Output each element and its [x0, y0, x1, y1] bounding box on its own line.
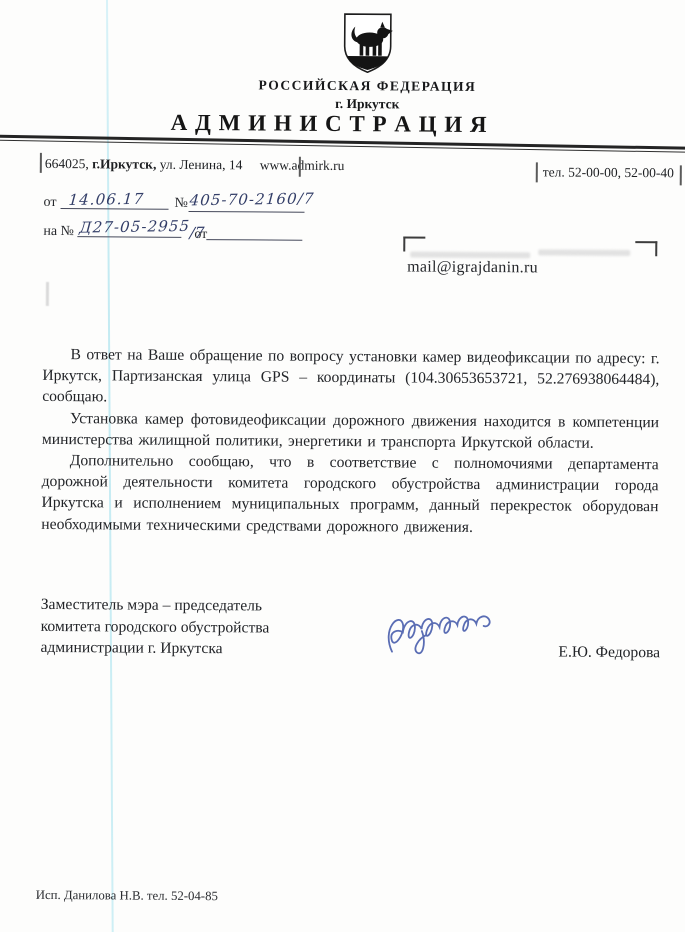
- reply-to-label: на №: [43, 224, 74, 240]
- handwritten-incoming-number: Д27-05-2955/7: [79, 217, 206, 237]
- recipient-corner-bracket-left: [403, 236, 425, 251]
- address-city: г.Иркутск,: [92, 156, 156, 171]
- phone-line: тел. 52-00-00, 52-00-40: [543, 164, 674, 181]
- address-zip: 664025,: [45, 156, 89, 171]
- website-text: www.admirk.ru: [260, 157, 345, 173]
- letter-body: В ответ на Ваше обращение по вопросу уст…: [41, 344, 659, 539]
- address-left-tick: [40, 153, 42, 173]
- reply-date-underline: [206, 238, 302, 241]
- paragraph: Установка камер фотовидеофиксации дорожн…: [42, 408, 659, 455]
- scan-margin-mark: [46, 282, 49, 306]
- letterhead-center: РОССИЙСКАЯ ФЕДЕРАЦИЯ г. Иркутск: [177, 77, 557, 114]
- paragraph: Дополнительно сообщаю, что в соответстви…: [41, 450, 659, 539]
- incoming-number-main: Д27-05-2955: [79, 217, 191, 237]
- address-separator-tick: [299, 157, 301, 177]
- reply-from-label: от: [194, 227, 207, 243]
- country-title: РОССИЙСКАЯ ФЕДЕРАЦИЯ: [177, 77, 557, 96]
- phone-right-tick: [680, 165, 682, 185]
- ref-number-underline: [189, 210, 305, 213]
- erased-text-smudge: [410, 251, 530, 258]
- letter-content: РОССИЙСКАЯ ФЕДЕРАЦИЯ г. Иркутск А Д М И …: [0, 0, 685, 932]
- ref-from-label: от: [44, 195, 57, 211]
- letterhead-divider-rule: [0, 135, 685, 153]
- executor-line: Исп. Данилова Н.В. тел. 52-04-85: [36, 888, 218, 904]
- handwritten-outgoing-number: 405-70-2160/7: [189, 189, 315, 209]
- recipient-corner-bracket-right: [635, 241, 657, 256]
- handwritten-date: 14.06.17: [68, 190, 145, 209]
- signer-position-line: комитета городского обустройства: [41, 616, 270, 639]
- signer-position: Заместитель мэра – председатель комитета…: [40, 594, 269, 660]
- paragraph: В ответ на Ваше обращение по вопросу уст…: [42, 344, 659, 412]
- signer-position-line: Заместитель мэра – председатель: [41, 594, 270, 617]
- erased-text-smudge: [538, 249, 630, 256]
- address-street: ул. Ленина, 14: [160, 157, 243, 173]
- organization-title: А Д М И Н И С Т Р А Ц И Я: [89, 109, 569, 138]
- irkutsk-coat-of-arms-icon: [339, 11, 395, 80]
- signer-position-line: администрации г. Иркутска: [40, 637, 269, 660]
- signer-name: Е.Ю. Федорова: [558, 644, 660, 663]
- recipient-email: mail@igrajdanin.ru: [407, 258, 538, 277]
- ref-number-label: №: [175, 196, 188, 212]
- scanned-letter-page: РОССИЙСКАЯ ФЕДЕРАЦИЯ г. Иркутск А Д М И …: [0, 0, 685, 932]
- phone-left-tick: [536, 162, 538, 182]
- handwritten-signature-icon: [375, 595, 510, 678]
